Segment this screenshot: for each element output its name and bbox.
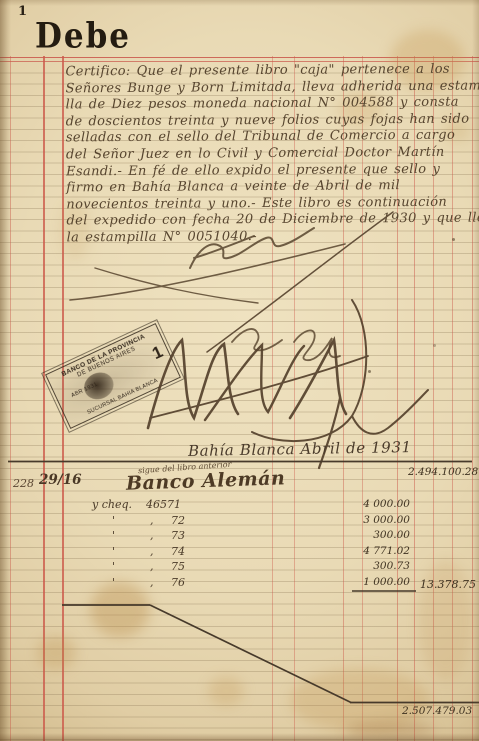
page-left-edge — [0, 0, 11, 741]
certificate-line: la estampilla N° 0051040.- — [67, 228, 469, 247]
entry-description: ' , 73 — [112, 529, 185, 542]
stamp-number: 1 — [149, 342, 166, 364]
page-number: 1 — [18, 4, 27, 19]
ink-speck — [433, 344, 436, 347]
date-line: Bahía Blanca Abril de 1931 — [188, 438, 412, 460]
page-right-edge — [472, 0, 479, 741]
page-header-debe: Debe — [35, 16, 131, 56]
entry-amount: 4 771.02 — [340, 545, 410, 557]
paper-stain — [90, 582, 150, 637]
stamp-text: SUCURSAL BAHIA BLANCA — [67, 369, 178, 425]
page-top-edge — [0, 0, 479, 6]
ledger-scan-page: 1 Debe Certifico: Que el presente libro … — [0, 0, 479, 741]
entry-description: ' , 75 — [112, 560, 185, 573]
entry-description: ' , 76 — [112, 576, 185, 589]
certificate-text: Certifico: Que el presente libro "caja" … — [65, 62, 468, 247]
paper-stain — [290, 668, 430, 732]
paper-stain — [36, 636, 76, 670]
subtotal-amount: 13.378.75 — [416, 578, 476, 591]
carried-forward-amount: 2.494.100.28 — [408, 466, 473, 478]
paper-stain — [208, 676, 244, 706]
entry-description: ' , 72 — [112, 514, 185, 527]
entry-amount: 300.73 — [340, 560, 410, 572]
entry-amount: 3 000.00 — [340, 514, 410, 526]
closing-diagonal-line — [150, 605, 351, 703]
entry-amount: 1 000.00 — [340, 576, 410, 588]
notary-stamp: BANCO DE LA PROVINCIA DE BUENOS AIRES AB… — [45, 323, 181, 429]
entry-amount: 300.00 — [340, 529, 410, 541]
page-total-amount: 2.507.479.03 — [402, 705, 472, 717]
page-bottom-edge — [0, 733, 479, 741]
ink-speck — [368, 370, 371, 373]
entry-description: y cheq. 46571 — [92, 498, 181, 511]
entry-description: ' , 74 — [112, 545, 185, 558]
folio-reference: 228 — [13, 477, 34, 490]
entry-amount: 4 000.00 — [340, 498, 410, 510]
header-red-rule — [0, 57, 479, 58]
account-name: Banco Alemán — [126, 467, 286, 495]
rubric-signature — [232, 329, 340, 360]
margin-date-reference: 29/16 — [39, 472, 82, 488]
red-ruling-line — [43, 56, 45, 741]
